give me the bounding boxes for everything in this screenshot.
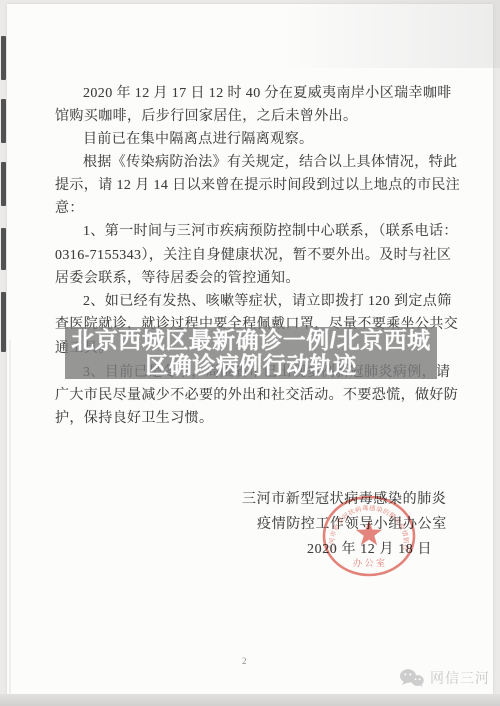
official-seal: 三河市新型冠状病毒感染的肺炎疫情防控工作领导小组 办 公 室 bbox=[316, 488, 422, 584]
doc-line: 提示，请 12 月 14 日以来曾在提示时间段到过以上地点的市民注 bbox=[55, 176, 460, 196]
doc-line: 1、第一时间与三河市疾病预防控制中心联系，（联系电话： bbox=[83, 222, 458, 242]
photo-bottom-edge bbox=[0, 694, 500, 706]
doc-line: 0316-7155343），关注自身健康状况，暂不要外出。及时与社区 bbox=[55, 246, 451, 266]
binding-mark bbox=[1, 162, 6, 206]
binding-mark bbox=[1, 292, 6, 352]
doc-line: 居委会联系，等待居委会的管控通知。 bbox=[55, 269, 300, 289]
doc-line: 2020 年 12 月 17 日 12 时 40 分在夏威夷南岸小区瑞幸咖啡 bbox=[83, 84, 452, 104]
headline-overlay: 北京西城区最新确诊一例/北京西城 区确诊病例行动轨迹 bbox=[65, 327, 437, 379]
doc-line: 根据《传染病防治法》有关规定，结合以上具体情况，特此 bbox=[83, 153, 457, 173]
seal-bottom-text: 办 公 室 bbox=[353, 557, 385, 568]
binding-mark bbox=[1, 36, 6, 80]
binding-mark bbox=[1, 99, 6, 143]
page-curl-shadow bbox=[9, 340, 11, 700]
headline-line1: 北京西城区最新确诊一例/北京西城 bbox=[71, 328, 430, 353]
seal-star-icon bbox=[356, 520, 383, 545]
doc-line: 2、如已经有发热、咳嗽等症状，请立即拨打 120 到定点筛 bbox=[83, 292, 452, 312]
wechat-icon bbox=[399, 668, 425, 688]
doc-line: 馆购买咖啡，后步行回家居住，之后未曾外出。 bbox=[55, 107, 357, 127]
watermark-label: 网信三河 bbox=[430, 668, 490, 688]
headline-line2: 区确诊病例行动轨迹 bbox=[145, 353, 357, 378]
doc-line: 意： bbox=[55, 199, 84, 219]
doc-line: 护，保持良好卫生习惯。 bbox=[55, 409, 213, 429]
page-number: 2 bbox=[242, 656, 247, 666]
doc-line: 目前已在集中隔离点进行隔离观察。 bbox=[83, 130, 313, 150]
binding-mark bbox=[1, 228, 6, 270]
doc-line: 广大市民尽量减少不必要的外出和社交活动。不要恐慌，做好防 bbox=[55, 386, 458, 406]
watermark: 网信三河 bbox=[399, 668, 490, 688]
